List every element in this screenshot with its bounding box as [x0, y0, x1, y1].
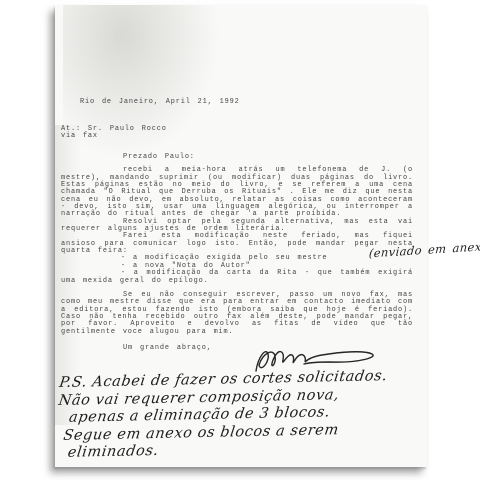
- salutation: Prezado Paulo:: [61, 154, 413, 161]
- modification-list: - a modificação exigida pelo seu mestre …: [61, 255, 413, 284]
- letter-body: Prezado Paulo: recebi a meia-hora atrás …: [61, 154, 413, 352]
- address-block: At.: Sr. Paulo Rocco via fax: [61, 126, 167, 141]
- via-fax-line: via fax: [61, 133, 167, 140]
- letter-paper: Rio de Janeiro, April 21, 1992 At.: Sr. …: [55, 5, 427, 467]
- paragraph-2: Resolvi optar pela segunda alternativa, …: [61, 219, 413, 234]
- handwritten-ps-note: P.S. Acabei de fazer os cortes solicitad…: [59, 367, 421, 462]
- paragraph-1: recebi a meia-hora atrás um telefonema d…: [61, 167, 413, 218]
- letter-date: Rio de Janeiro, April 21, 1992: [80, 99, 240, 106]
- list-item: - a modificação da carta da Rita - que t…: [61, 270, 413, 285]
- scan-smudge: [63, 5, 233, 175]
- list-item-text: - a modificação da carta da Rita - que t…: [61, 269, 413, 284]
- scan-background: Rio de Janeiro, April 21, 1992 At.: Sr. …: [0, 0, 480, 480]
- paragraph-4: Se eu não conseguir escrever, passo um n…: [61, 292, 413, 336]
